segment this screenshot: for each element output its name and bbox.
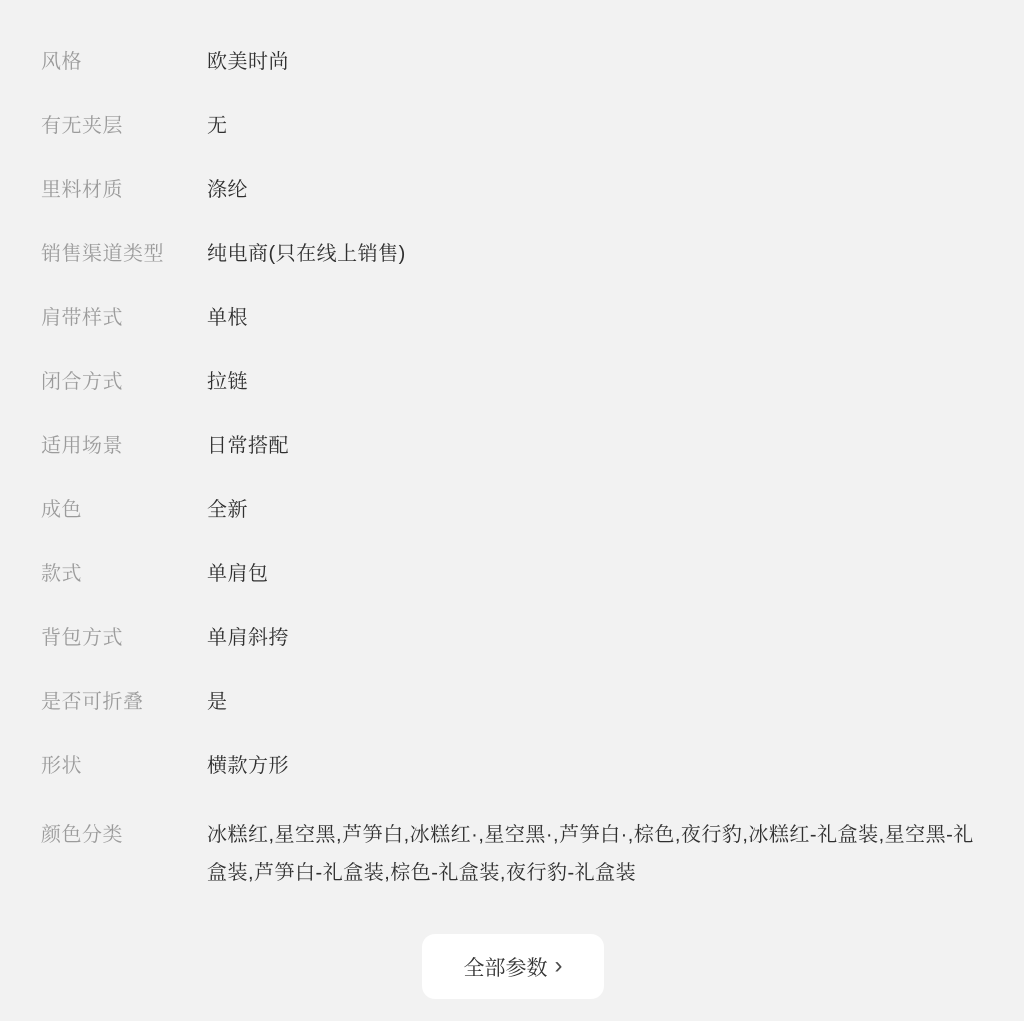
param-label: 肩带样式 [41,304,207,332]
param-value: 横款方形 [207,752,985,780]
param-row-carry-method: 背包方式 单肩斜挎 [41,624,985,652]
param-label: 成色 [41,496,207,524]
param-value: 涤纶 [207,176,985,204]
param-row-foldable: 是否可折叠 是 [41,688,985,716]
param-row-shape: 形状 横款方形 [41,752,985,780]
product-parameters-list: 风格 欧美时尚 有无夹层 无 里料材质 涤纶 销售渠道类型 纯电商(只在线上销售… [0,0,1024,999]
all-params-button[interactable]: 全部参数 › [422,934,604,999]
param-label: 销售渠道类型 [41,240,207,268]
param-value: 冰糕红,星空黑,芦笋白,冰糕红·,星空黑·,芦笋白·,棕色,夜行豹,冰糕红-礼盒… [207,816,985,892]
param-value: 全新 [207,496,985,524]
param-value: 单肩斜挎 [207,624,985,652]
param-label: 款式 [41,560,207,588]
param-label: 背包方式 [41,624,207,652]
param-value: 纯电商(只在线上销售) [207,240,985,268]
param-label: 颜色分类 [41,816,207,854]
param-label: 风格 [41,48,207,76]
param-value: 日常搭配 [207,432,985,460]
param-row-interlayer: 有无夹层 无 [41,112,985,140]
param-label: 是否可折叠 [41,688,207,716]
param-row-lining-material: 里料材质 涤纶 [41,176,985,204]
param-row-sales-channel: 销售渠道类型 纯电商(只在线上销售) [41,240,985,268]
param-row-condition: 成色 全新 [41,496,985,524]
param-value: 欧美时尚 [207,48,985,76]
footer: 全部参数 › [41,934,985,999]
param-value: 拉链 [207,368,985,396]
param-label: 形状 [41,752,207,780]
param-value: 单肩包 [207,560,985,588]
param-row-occasion: 适用场景 日常搭配 [41,432,985,460]
param-value: 单根 [207,304,985,332]
chevron-right-icon: › [555,954,563,978]
param-label: 有无夹层 [41,112,207,140]
param-row-style: 风格 欧美时尚 [41,48,985,76]
param-label: 里料材质 [41,176,207,204]
param-label: 闭合方式 [41,368,207,396]
param-value: 无 [207,112,985,140]
param-row-bag-style: 款式 单肩包 [41,560,985,588]
param-label: 适用场景 [41,432,207,460]
param-row-strap-style: 肩带样式 单根 [41,304,985,332]
param-value: 是 [207,688,985,716]
all-params-label: 全部参数 [464,952,548,982]
param-row-color-variants: 颜色分类 冰糕红,星空黑,芦笋白,冰糕红·,星空黑·,芦笋白·,棕色,夜行豹,冰… [41,816,985,892]
param-row-closure-type: 闭合方式 拉链 [41,368,985,396]
